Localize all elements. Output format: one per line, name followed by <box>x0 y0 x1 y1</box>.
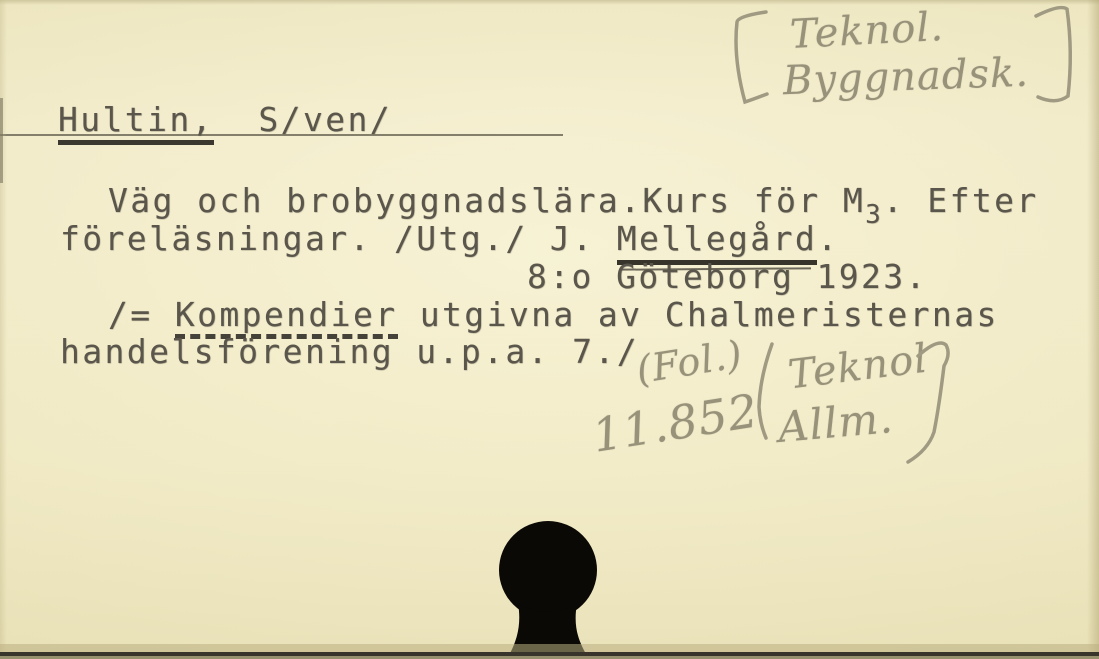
pencil-shelf-bracket-icon <box>740 332 970 472</box>
series-open: /= <box>108 295 175 334</box>
shelf-number: 11.852 <box>589 383 762 462</box>
series-publisher: utgivna av Chalmeristernas <box>398 295 999 334</box>
author-forename: S/ven/ <box>214 100 392 139</box>
title-text-end: . Efter <box>883 181 1039 220</box>
title-text: Väg och brobyggnadslära.Kurs för M <box>108 181 865 220</box>
series-line-1: /= Kompendier utgivna av Chalmeristernas <box>108 295 999 335</box>
scan-edge-right <box>1087 0 1099 659</box>
pencil-bracket-close-icon <box>1028 0 1088 110</box>
classification-note-line-2: Byggnadsk. <box>782 50 1029 105</box>
title-line-2: föreläsningar. /Utg./ J. Mellegård. <box>60 219 839 259</box>
statement-of-responsibility: föreläsningar. /Utg./ J. <box>60 219 617 258</box>
card-edge-shadow <box>0 98 3 183</box>
author-name: Hultin, <box>58 100 214 145</box>
series-line-2: handelsförening u.p.a. 7./ <box>60 332 639 372</box>
author-heading: Hultin, S/ven/ <box>58 100 392 140</box>
title-line-2-period: . <box>817 219 839 258</box>
classification-note-line-1: Teknol. <box>789 4 945 58</box>
catalog-card: Hultin, S/ven/ Väg och brobyggnadslära.K… <box>0 0 1099 659</box>
course-subscript: 3 <box>865 200 883 230</box>
scan-edge-bottom-shade <box>0 644 1099 652</box>
punch-hole <box>455 515 645 659</box>
format-note: (Fol.) <box>633 332 746 392</box>
scan-edge-top <box>0 0 1099 5</box>
pencil-bracket-open-icon <box>720 6 780 108</box>
imprint-line: 8:o Göteborg 1923. <box>527 257 928 297</box>
